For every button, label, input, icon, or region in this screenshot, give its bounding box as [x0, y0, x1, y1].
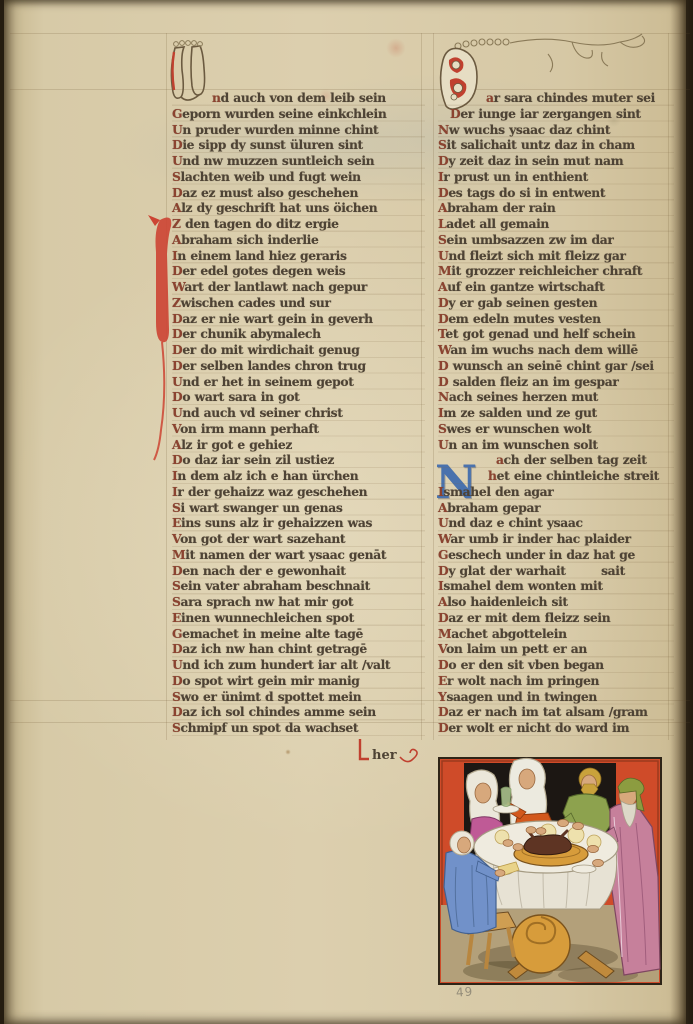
initial-red-accent: [173, 52, 175, 90]
text-line: Ysaagen und in twingen: [438, 689, 674, 705]
text-line: Do daz iar sein zil ustiez: [172, 452, 425, 468]
text-line: Do er den sit vben began: [438, 657, 674, 673]
text-line: Alz ir got e gehiez: [172, 437, 425, 453]
fore-edge-shadow: [670, 0, 693, 1024]
text-line: Ir der gehaizz waz geschehen: [172, 484, 425, 500]
text-line: Alz dy geschrift hat uns öichen: [172, 200, 425, 216]
text-line: Daz ez must also geschehen: [172, 185, 425, 201]
catchword-red-bracket: [356, 737, 370, 763]
text-line: Ir prust un in enthient: [438, 169, 674, 185]
text-line: Im ze salden und ze gut: [438, 405, 674, 421]
text-line: Nw wuchs ysaac daz chint: [438, 122, 674, 138]
text-line: Der chunik abymalech: [172, 326, 425, 342]
text-line: Ismahel den agar: [438, 484, 674, 500]
text-line: Und auch vd seiner christ: [172, 405, 425, 421]
text-line: Abraham gepar: [438, 500, 674, 516]
catchword-red-swirl: [399, 745, 421, 763]
text-line: Daz er nach im tat alsam /gram: [438, 704, 674, 720]
text-column-right: ar sara chindes muter seiDer iunge iar z…: [438, 90, 674, 737]
text-line: Do wart sara in got: [172, 389, 425, 405]
text-line: Sein umbsazzen zw im dar: [438, 232, 674, 248]
text-line: Mit namen der wart ysaac genāt: [172, 547, 425, 563]
roast-meat: [524, 835, 571, 855]
text-line: Und ich zum hundert iar alt /valt: [172, 657, 425, 673]
text-line: Von irm mann perhaft: [172, 421, 425, 437]
text-line: Wan im wuchs nach dem willē: [438, 342, 674, 358]
text-line: het eine chintleiche streit: [488, 468, 674, 484]
text-line: Sara sprach nw hat mir got: [172, 594, 425, 610]
text-line: Gemachet in meine alte tagē: [172, 626, 425, 642]
text-line: Der edel gotes degen weis: [172, 263, 425, 279]
text-line: Und daz e chint ysaac: [438, 515, 674, 531]
text-line: Auf ein gantze wirtschaft: [438, 279, 674, 295]
text-line: Daz ich nw han chint getragē: [172, 641, 425, 657]
text-line: Do spot wirt gein mir manig: [172, 673, 425, 689]
text-line: Swo er ünimt d spottet mein: [172, 689, 425, 705]
penwork-flourish: [452, 32, 662, 86]
text-line: Abraham der rain: [438, 200, 674, 216]
text-line: Dy er gab seinen gesten: [438, 295, 674, 311]
text-line: Un an im wunschen solt: [438, 437, 674, 453]
text-line: Eins suns alz ir gehaizzen was: [172, 515, 425, 531]
text-line: Einen wunnechleichen spot: [172, 610, 425, 626]
text-line: Von got der wart sazehant: [172, 531, 425, 547]
text-line: Dy zeit daz in sein mut nam: [438, 153, 674, 169]
text-line: In dem alz ich e han ürchen: [172, 468, 425, 484]
text-line: In einem land hiez geraris: [172, 248, 425, 264]
text-line: Und nw muzzen suntleich sein: [172, 153, 425, 169]
text-line: Nach seines herzen mut: [438, 389, 674, 405]
text-line: Wart der lantlawt nach gepur: [172, 279, 425, 295]
text-line: Si wart swanger un genas: [172, 500, 425, 516]
text-line: Also haidenleich sit: [438, 594, 674, 610]
text-line: Der iunge iar zergangen sint: [450, 106, 674, 122]
text-line: Er wolt nach im pringen: [438, 673, 674, 689]
text-line: Sit salichait untz daz in cham: [438, 137, 674, 153]
manuscript-photo: { "page": { "folio_number": "49", "catch…: [0, 0, 693, 1024]
text-line: Schmipf un spot da wachset: [172, 720, 425, 736]
ruling-line-vertical: [433, 33, 434, 740]
text-line: Der selben landes chron trug: [172, 358, 425, 374]
text-line: Z den tagen do ditz ergie: [172, 216, 425, 232]
text-column-left: nd auch von dem leib seinGeporn wurden s…: [172, 90, 425, 737]
text-line: Daz ich sol chindes amme sein: [172, 704, 425, 720]
text-line: Die sipp dy sunst üluren sint: [172, 137, 425, 153]
text-line: Slachten weib und fugt wein: [172, 169, 425, 185]
text-line: Und er het in seinem gepot: [172, 374, 425, 390]
text-line: Der do mit wirdichait genug: [172, 342, 425, 358]
miniature-feast-scene: [438, 757, 662, 985]
text-line: Daz er mit dem fleizz sein: [438, 610, 674, 626]
text-line: ach der selben tag zeit: [496, 452, 674, 468]
binding-edge: [0, 0, 4, 1024]
text-line: Machet abgottelein: [438, 626, 674, 642]
text-line: Daz er nie wart gein in geverh: [172, 311, 425, 327]
text-line: Geporn wurden seine einkchlein: [172, 106, 425, 122]
text-line: ar sara chindes muter sei: [486, 90, 674, 106]
text-line: Dy glat der warhait sait: [438, 563, 674, 579]
text-line: D salden fleiz an im gespar: [438, 374, 674, 390]
text-line: Sein vater abraham beschnait: [172, 578, 425, 594]
text-line: Zwischen cades und sur: [172, 295, 425, 311]
text-line: Den nach der e gewonhait: [172, 563, 425, 579]
catchword: her: [356, 737, 421, 763]
text-line: Des tags do si in entwent: [438, 185, 674, 201]
text-line: Tet got genad und helf schein: [438, 326, 674, 342]
text-line: War umb ir inder hac plaider: [438, 531, 674, 547]
text-line: Und fleizt sich mit fleizz gar: [438, 248, 674, 264]
text-line: Swes er wunschen wolt: [438, 421, 674, 437]
manuscript-page: N nd auch von dem leib seinGeporn wurden…: [4, 0, 686, 1024]
text-line: Der wolt er nicht do ward im: [438, 720, 674, 736]
text-line: Abraham sich inderlie: [172, 232, 425, 248]
text-line: nd auch von dem leib sein: [212, 90, 425, 106]
text-line: Ismahel dem wonten mit: [438, 578, 674, 594]
text-line: Un pruder wurden minne chint: [172, 122, 425, 138]
text-line: Geschech under in daz hat ge: [438, 547, 674, 563]
text-line: D wunsch an seinē chint gar /sei: [438, 358, 674, 374]
text-line: Mit grozzer reichleicher chraft: [438, 263, 674, 279]
green-goblet: [501, 787, 511, 807]
folio-number: 49: [456, 984, 474, 999]
catchword-text: her: [372, 748, 397, 763]
text-line: Von laim un pett er an: [438, 641, 674, 657]
plate: [572, 865, 596, 873]
text-line: Dem edeln mutes vesten: [438, 311, 674, 327]
text-line: Ladet all gemain: [438, 216, 674, 232]
